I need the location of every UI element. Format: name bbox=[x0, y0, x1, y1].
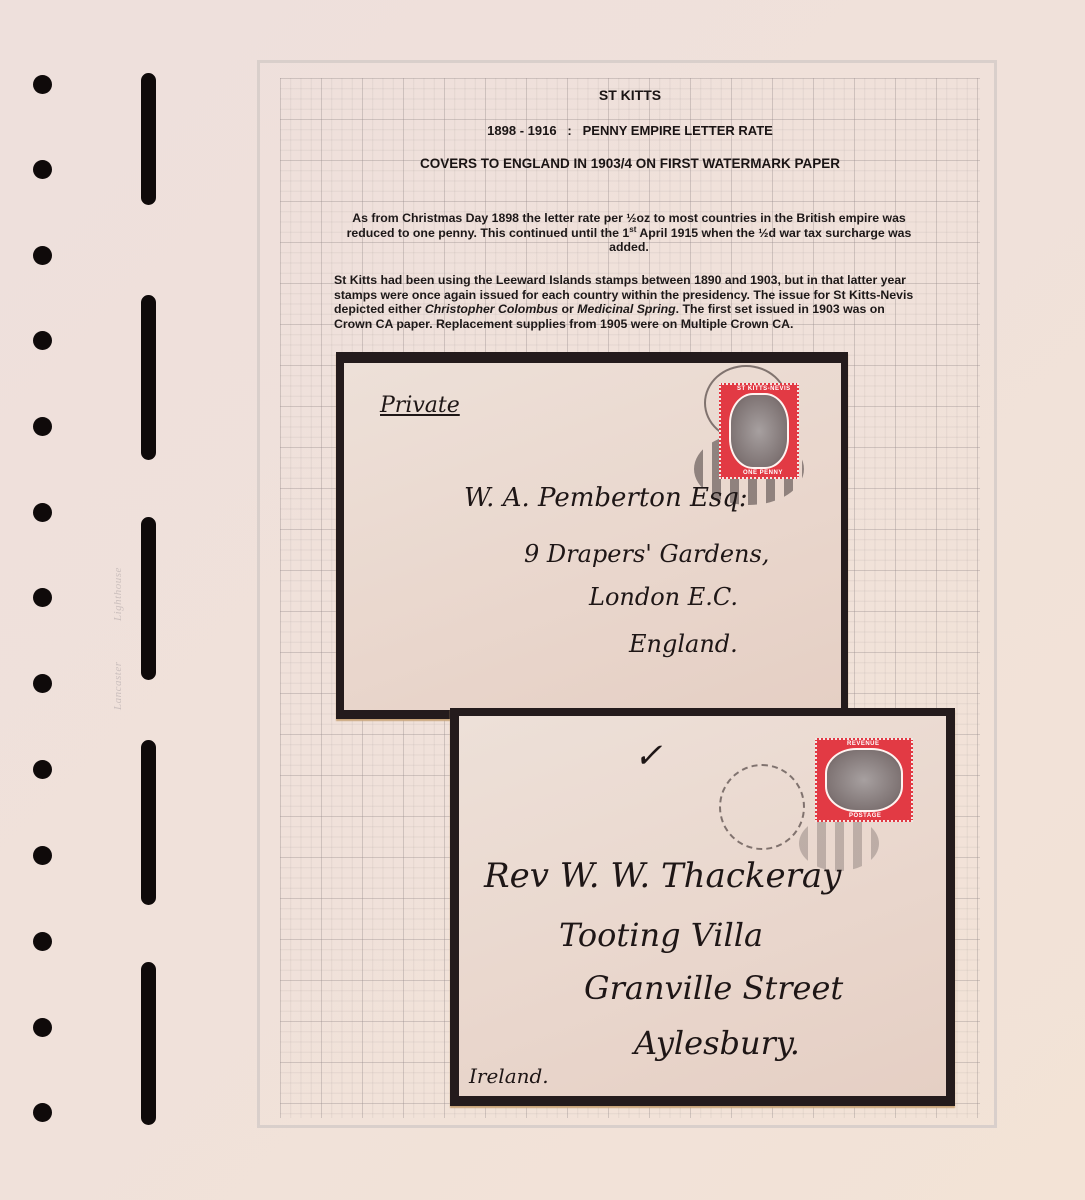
paragraph-text: or bbox=[558, 302, 577, 316]
binder-slot bbox=[141, 295, 156, 460]
endorsement: Ireland. bbox=[469, 1064, 549, 1088]
stamp-top-text: REVENUE bbox=[847, 741, 880, 747]
stamp-bottom-text: ONE PENNY bbox=[743, 470, 783, 476]
address-line: Rev W. W. Thackeray bbox=[484, 856, 841, 896]
stamp-vignette bbox=[729, 393, 789, 469]
stamp-design-name: Medicinal Spring bbox=[577, 302, 675, 316]
stamp-bottom-text: POSTAGE bbox=[849, 813, 881, 819]
subtitle-period: 1898 - 1916 bbox=[487, 123, 556, 138]
address-line: W. A. Pemberton Esq: bbox=[464, 483, 748, 513]
punch-hole bbox=[33, 674, 52, 693]
history-paragraph: St Kitts had been using the Leeward Isla… bbox=[334, 273, 924, 331]
circular-datestamp bbox=[719, 764, 805, 850]
punch-hole bbox=[33, 75, 52, 94]
punch-hole bbox=[33, 1018, 52, 1037]
section-heading: COVERS TO ENGLAND IN 1903/4 ON FIRST WAT… bbox=[280, 156, 980, 171]
binder-slot bbox=[141, 517, 156, 680]
punch-hole bbox=[33, 503, 52, 522]
page-title: ST KITTS bbox=[280, 87, 980, 103]
intro-paragraph: As from Christmas Day 1898 the letter ra… bbox=[334, 211, 924, 255]
punch-hole bbox=[33, 160, 52, 179]
punch-hole bbox=[33, 760, 52, 779]
punch-hole bbox=[33, 932, 52, 951]
subtitle-separator: : bbox=[567, 123, 571, 138]
spine-word: Lighthouse bbox=[112, 568, 132, 622]
address-line: 9 Drapers' Gardens, bbox=[524, 540, 769, 568]
stamp-columbus: ST KITTS-NEVIS ONE PENNY bbox=[719, 383, 799, 479]
punch-hole bbox=[33, 331, 52, 350]
binder-slot bbox=[141, 962, 156, 1125]
subtitle-topic: PENNY EMPIRE LETTER RATE bbox=[583, 123, 773, 138]
cover-envelope-2[interactable]: ✓ REVENUE POSTAGE Rev W. W. Thackeray To… bbox=[459, 716, 946, 1096]
stamp-vignette bbox=[825, 748, 903, 812]
punch-hole bbox=[33, 1103, 52, 1122]
punch-hole bbox=[33, 588, 52, 607]
stamp-design-name: Christopher Colombus bbox=[425, 302, 558, 316]
address-line: Aylesbury. bbox=[634, 1024, 800, 1062]
address-line: England. bbox=[629, 630, 738, 658]
punch-hole bbox=[33, 417, 52, 436]
binder-slot bbox=[141, 73, 156, 205]
punch-hole bbox=[33, 246, 52, 265]
stamp-medicinal-spring: REVENUE POSTAGE bbox=[815, 738, 913, 822]
address-line: Granville Street bbox=[584, 969, 843, 1007]
paragraph-text: April 1915 when the ½d war tax surcharge… bbox=[609, 226, 911, 255]
page-subtitle: 1898 - 1916 : PENNY EMPIRE LETTER RATE bbox=[280, 123, 980, 138]
address-line: London E.C. bbox=[589, 583, 738, 611]
endorsement: Private bbox=[380, 393, 460, 418]
punch-hole bbox=[33, 846, 52, 865]
address-line: Tooting Villa bbox=[559, 916, 763, 954]
stamp-top-text: ST KITTS-NEVIS bbox=[737, 386, 791, 392]
cover-envelope-1[interactable]: Private ST KITTS-NEVIS ONE PENNY W. A. P… bbox=[344, 363, 841, 710]
check-mark: ✓ bbox=[634, 736, 663, 776]
spine-word: Lancaster bbox=[112, 662, 132, 711]
album-spine-text: Lancaster Lighthouse bbox=[112, 500, 132, 710]
binder-slot bbox=[141, 740, 156, 905]
